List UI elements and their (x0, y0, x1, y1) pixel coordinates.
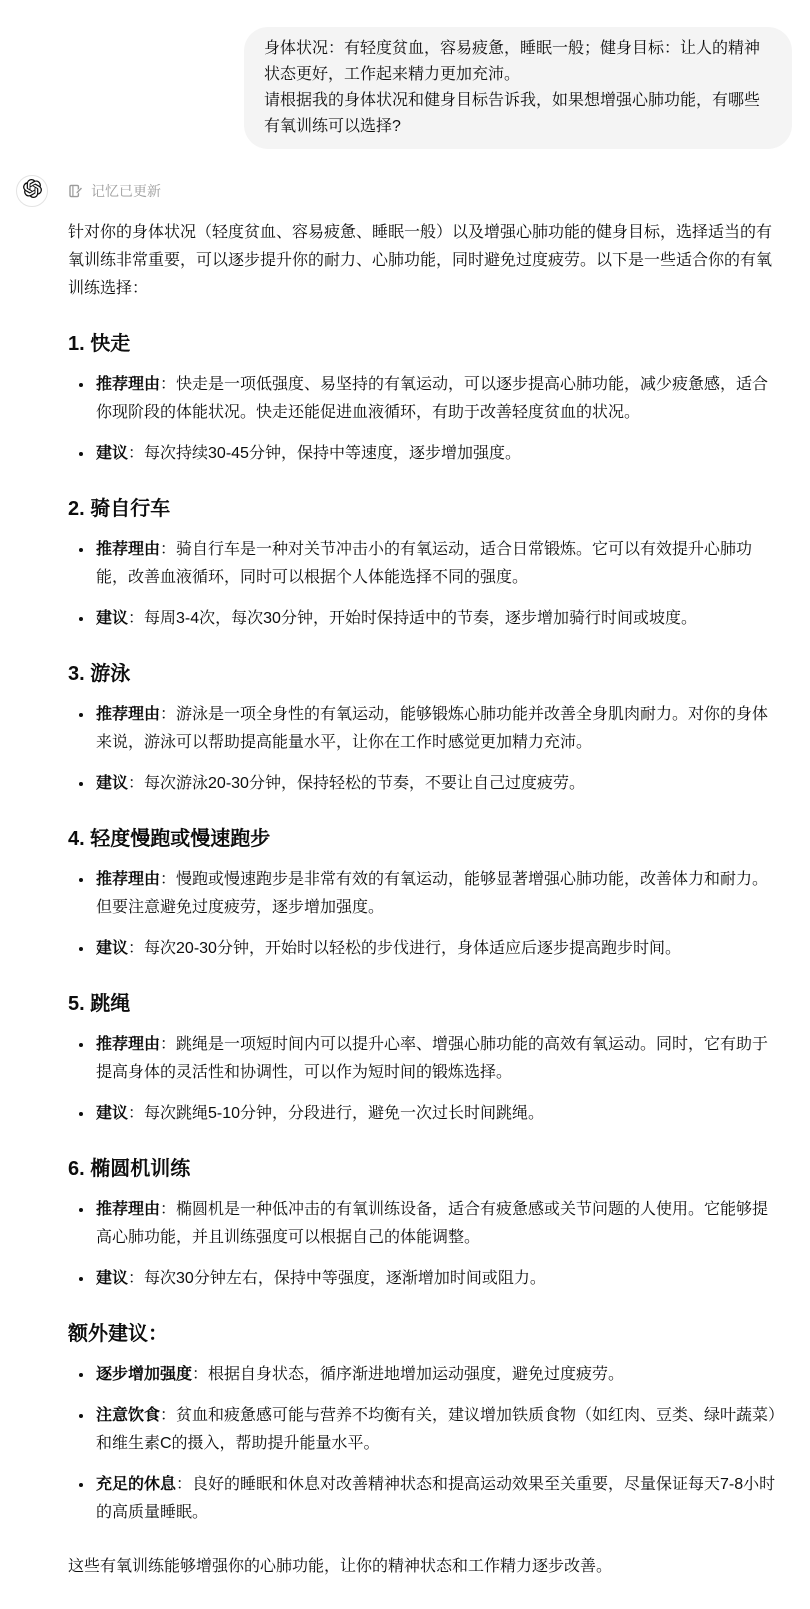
bullet-text: ：每次持续30-45分钟，保持中等速度，逐步增加强度。 (128, 445, 521, 462)
section-heading-cycling: 2. 骑自行车 (68, 495, 782, 523)
bullet-label: 推荐理由 (96, 706, 160, 723)
bullet-list: 推荐理由：游泳是一项全身性的有氧运动，能够锻炼心肺功能并改善全身肌肉耐力。对你的… (68, 701, 782, 798)
bullet-text: ：每次跳绳5-10分钟，分段进行，避免一次过长时间跳绳。 (128, 1105, 544, 1122)
list-item: 建议：每次跳绳5-10分钟，分段进行，避免一次过长时间跳绳。 (94, 1100, 782, 1128)
assistant-intro-paragraph: 针对你的身体状况（轻度贫血、容易疲惫、睡眠一般）以及增强心肺功能的健身目标，选择… (68, 219, 782, 303)
bullet-text: ：慢跑或慢速跑步是非常有效的有氧运动，能够显著增强心肺功能，改善体力和耐力。但要… (96, 871, 768, 916)
bullet-text: ：每次20-30分钟，开始时以轻松的步伐进行，身体适应后逐步提高跑步时间。 (128, 940, 681, 957)
list-item: 推荐理由：慢跑或慢速跑步是非常有效的有氧运动，能够显著增强心肺功能，改善体力和耐… (94, 866, 782, 922)
user-message-paragraph: 请根据我的身体状况和健身目标告诉我，如果想增强心肺功能，有哪些有氧训练可以选择? (264, 88, 772, 140)
list-item: 建议：每次30分钟左右，保持中等强度，逐渐增加时间或阻力。 (94, 1265, 782, 1293)
list-item: 建议：每次持续30-45分钟，保持中等速度，逐步增加强度。 (94, 440, 782, 468)
bullet-label: 建议 (96, 940, 128, 957)
bullet-list: 推荐理由：骑自行车是一种对关节冲击小的有氧运动，适合日常锻炼。它可以有效提升心肺… (68, 536, 782, 633)
list-item: 建议：每次20-30分钟，开始时以轻松的步伐进行，身体适应后逐步提高跑步时间。 (94, 935, 782, 963)
bullet-text: ：游泳是一项全身性的有氧运动，能够锻炼心肺功能并改善全身肌肉耐力。对你的身体来说… (96, 706, 768, 751)
list-item: 推荐理由：跳绳是一项短时间内可以提升心率、增强心肺功能的高效有氧运动。同时，它有… (94, 1031, 782, 1087)
section-heading-swimming: 3. 游泳 (68, 660, 782, 688)
bullet-text: ：每次30分钟左右，保持中等强度，逐渐增加时间或阻力。 (128, 1270, 546, 1287)
list-item: 注意饮食：贫血和疲惫感可能与营养不均衡有关，建议增加铁质食物（如红肉、豆类、绿叶… (94, 1402, 782, 1458)
bullet-list: 推荐理由：慢跑或慢速跑步是非常有效的有氧运动，能够显著增强心肺功能，改善体力和耐… (68, 866, 782, 963)
list-item: 逐步增加强度：根据自身状态，循序渐进地增加运动强度，避免过度疲劳。 (94, 1361, 782, 1389)
list-item: 充足的休息：良好的睡眠和休息对改善精神状态和提高运动效果至关重要，尽量保证每天7… (94, 1471, 782, 1527)
bullet-text: ：良好的睡眠和休息对改善精神状态和提高运动效果至关重要，尽量保证每天7-8小时的… (96, 1476, 775, 1521)
list-item: 推荐理由：游泳是一项全身性的有氧运动，能够锻炼心肺功能并改善全身肌肉耐力。对你的… (94, 701, 782, 757)
bullet-label: 推荐理由 (96, 1201, 160, 1218)
assistant-avatar (16, 175, 48, 207)
bullet-list: 推荐理由：快走是一项低强度、易坚持的有氧运动，可以逐步提高心肺功能，减少疲惫感，… (68, 371, 782, 468)
assistant-message-row: 记忆已更新 针对你的身体状况（轻度贫血、容易疲惫、睡眠一般）以及增强心肺功能的健… (0, 175, 810, 1609)
bullet-text: ：每次游泳20-30分钟，保持轻松的节奏，不要让自己过度疲劳。 (128, 775, 585, 792)
list-item: 推荐理由：椭圆机是一种低冲击的有氧训练设备，适合有疲惫感或关节问题的人使用。它能… (94, 1196, 782, 1252)
bullet-text: ：每周3-4次，每次30分钟，开始时保持适中的节奏，逐步增加骑行时间或坡度。 (128, 610, 697, 627)
section-heading-jump-rope: 5. 跳绳 (68, 990, 782, 1018)
bullet-text: ：根据自身状态，循序渐进地增加运动强度，避免过度疲劳。 (192, 1366, 624, 1383)
list-item: 建议：每周3-4次，每次30分钟，开始时保持适中的节奏，逐步增加骑行时间或坡度。 (94, 605, 782, 633)
bullet-label: 逐步增加强度 (96, 1366, 192, 1383)
memory-pencil-icon (68, 183, 84, 199)
bullet-text: ：快走是一项低强度、易坚持的有氧运动，可以逐步提高心肺功能，减少疲惫感，适合你现… (96, 376, 768, 421)
bullet-text: ：贫血和疲惫感可能与营养不均衡有关，建议增加铁质食物（如红肉、豆类、绿叶蔬菜）和… (96, 1407, 776, 1452)
bullet-label: 充足的休息 (96, 1476, 176, 1493)
bullet-list: 推荐理由：跳绳是一项短时间内可以提升心率、增强心肺功能的高效有氧运动。同时，它有… (68, 1031, 782, 1128)
section-heading-brisk-walking: 1. 快走 (68, 330, 782, 358)
bullet-label: 建议 (96, 445, 128, 462)
assistant-outro-paragraph: 这些有氧训练能够增强你的心肺功能，让你的精神状态和工作精力逐步改善。 (68, 1553, 782, 1581)
memory-updated-label: 记忆已更新 (91, 177, 161, 205)
section-heading-light-jogging: 4. 轻度慢跑或慢速跑步 (68, 825, 782, 853)
list-item: 推荐理由：快走是一项低强度、易坚持的有氧运动，可以逐步提高心肺功能，减少疲惫感，… (94, 371, 782, 427)
bullet-label: 建议 (96, 610, 128, 627)
bullet-text: ：跳绳是一项短时间内可以提升心率、增强心肺功能的高效有氧运动。同时，它有助于提高… (96, 1036, 768, 1081)
list-item: 建议：每次游泳20-30分钟，保持轻松的节奏，不要让自己过度疲劳。 (94, 770, 782, 798)
bullet-list: 逐步增加强度：根据自身状态，循序渐进地增加运动强度，避免过度疲劳。 注意饮食：贫… (68, 1361, 782, 1527)
bullet-label: 建议 (96, 1270, 128, 1287)
bullet-text: ：骑自行车是一种对关节冲击小的有氧运动，适合日常锻炼。它可以有效提升心肺功能，改… (96, 541, 752, 586)
bullet-label: 注意饮食 (96, 1407, 160, 1424)
bullet-label: 推荐理由 (96, 1036, 160, 1053)
user-message-bubble: 身体状况：有轻度贫血，容易疲惫，睡眠一般；健身目标：让人的精神状态更好，工作起来… (244, 27, 792, 149)
section-heading-elliptical: 6. 椭圆机训练 (68, 1155, 782, 1183)
bullet-label: 推荐理由 (96, 541, 160, 558)
bullet-text: ：椭圆机是一种低冲击的有氧训练设备，适合有疲惫感或关节问题的人使用。它能够提高心… (96, 1201, 768, 1246)
list-item: 推荐理由：骑自行车是一种对关节冲击小的有氧运动，适合日常锻炼。它可以有效提升心肺… (94, 536, 782, 592)
memory-updated-badge[interactable]: 记忆已更新 (68, 175, 161, 207)
user-message-paragraph: 身体状况：有轻度贫血，容易疲惫，睡眠一般；健身目标：让人的精神状态更好，工作起来… (264, 36, 772, 88)
bullet-label: 推荐理由 (96, 871, 160, 888)
openai-logo-icon (23, 179, 42, 203)
section-heading-extra-advice: 额外建议： (68, 1320, 782, 1348)
bullet-label: 建议 (96, 1105, 128, 1122)
assistant-message-content: 记忆已更新 针对你的身体状况（轻度贫血、容易疲惫、睡眠一般）以及增强心肺功能的健… (68, 175, 782, 1581)
user-message-row: 身体状况：有轻度贫血，容易疲惫，睡眠一般；健身目标：让人的精神状态更好，工作起来… (0, 0, 810, 149)
bullet-label: 建议 (96, 775, 128, 792)
bullet-label: 推荐理由 (96, 376, 160, 393)
bullet-list: 推荐理由：椭圆机是一种低冲击的有氧训练设备，适合有疲惫感或关节问题的人使用。它能… (68, 1196, 782, 1293)
